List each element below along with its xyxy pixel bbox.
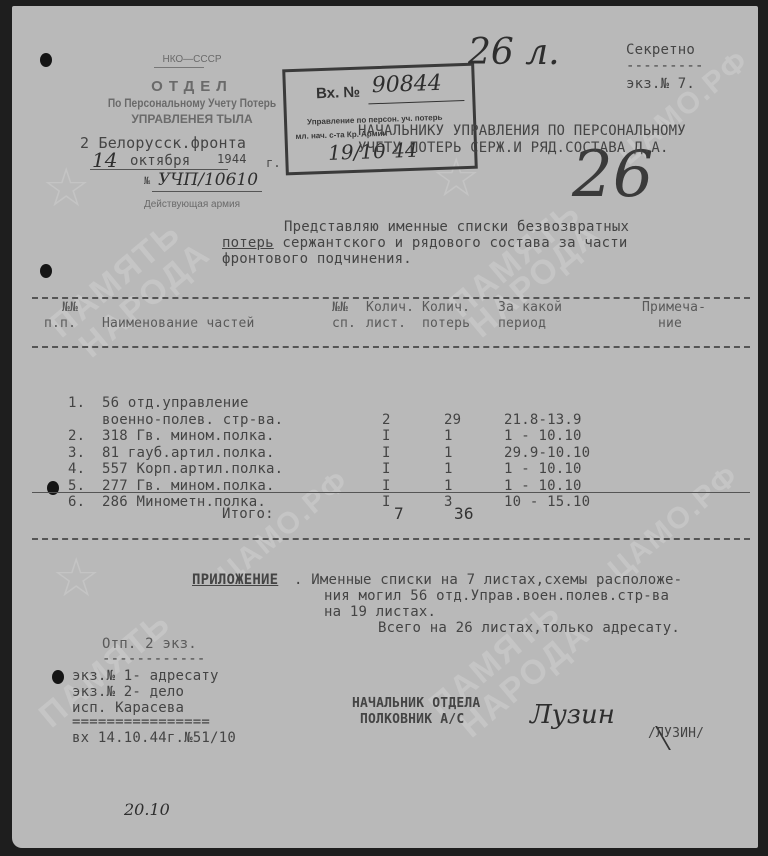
punch-hole	[40, 264, 52, 278]
date-month: октября	[130, 153, 190, 169]
row-name: 56 отд.управление	[102, 395, 382, 412]
punch-hole	[52, 670, 64, 684]
watermark-star-icon: ☆	[42, 156, 90, 219]
row-sheets: I	[382, 461, 444, 478]
row-losses: 29	[444, 412, 504, 429]
appendix-total: Всего на 26 листах,только адресату.	[378, 620, 680, 636]
punch-hole	[40, 53, 52, 67]
header-period-2: период	[498, 316, 546, 331]
header-note-2: ние	[658, 316, 682, 331]
row-num: 3.	[68, 445, 102, 462]
date-year: 1944	[217, 152, 247, 166]
row-num: 6.	[68, 494, 102, 511]
copy2: экз.№ 2- дело	[72, 684, 184, 700]
table-row: 4. 557 Корп.артил.полка. I 1 1 - 10.10	[68, 461, 590, 478]
row-losses: 1	[444, 428, 504, 445]
table-row: военно-полев. стр-ва. 2 29 21.8-13.9	[68, 412, 590, 429]
row-name-cont: военно-полев. стр-ва.	[102, 412, 382, 429]
incoming-number: 90844	[371, 71, 442, 98]
body-line2: потерь сержантского и рядового состава з…	[222, 235, 628, 251]
signer-title1: НАЧАЛЬНИК ОТДЕЛА	[352, 696, 480, 711]
row-sheets: I	[382, 428, 444, 445]
body-line3: фронтового подчинения.	[222, 251, 412, 267]
header-period: За какой	[498, 300, 562, 315]
body-line2-rest: сержантского и рядового состава за части	[274, 235, 628, 251]
table-row: 1. 56 отд.управление	[68, 395, 590, 412]
header-losses-2: потерь	[422, 316, 470, 331]
table-header-bottom-border	[32, 346, 750, 348]
secrecy-label: Секретно	[626, 42, 695, 58]
outgoing-number: УЧП/10610	[158, 170, 258, 190]
dept-title: ОТДЕЛ	[102, 78, 282, 95]
table-row: 3. 81 гауб.артил.полка. I 1 29.9-10.10	[68, 445, 590, 462]
body-line1: Представляю именные списки безвозвратных	[284, 219, 629, 235]
signer-name: /ЛУЗИН/	[648, 726, 704, 741]
header-num-2: п.п.	[44, 316, 76, 331]
header-num: №№	[62, 300, 78, 315]
total-sheets: 7	[394, 504, 404, 523]
row-num: 1.	[68, 395, 102, 412]
dept-line1: По Персональному Учету Потерь	[99, 96, 286, 110]
divider	[154, 67, 204, 68]
appendix-line1: . Именные списки на 7 листах,схемы распо…	[294, 572, 682, 588]
header-pp: №№	[332, 300, 348, 315]
number-prefix: №	[144, 176, 150, 187]
row-losses: 1	[444, 461, 504, 478]
header-sheets-2: лист.	[366, 316, 406, 331]
incoming-label: Вх. №	[316, 84, 361, 103]
handwritten-date: 20.10	[124, 800, 170, 819]
table-row: 2. 318 Гв. мином.полка. I 1 1 - 10.10	[68, 428, 590, 445]
date-suffix: г.	[266, 156, 281, 170]
copy-number: экз.№ 7.	[626, 76, 695, 92]
row-sheets: 2	[382, 412, 444, 429]
underlined-word: потерь	[222, 235, 274, 251]
row-period: 1 - 10.10	[504, 461, 590, 478]
distribution-title: Отп. 2 экз.	[102, 636, 197, 652]
header-losses: Колич.	[422, 300, 470, 315]
row-period: 29.9-10.10	[504, 445, 590, 462]
army-label: Действующая армия	[97, 199, 287, 210]
header-sheets: Колич.	[366, 300, 414, 315]
table-body: 1. 56 отд.управление военно-полев. стр-в…	[68, 362, 590, 544]
total-losses: 36	[454, 504, 474, 523]
underline	[152, 191, 262, 192]
row-name: 81 гауб.артил.полка.	[102, 445, 382, 462]
row-losses: 1	[444, 445, 504, 462]
dept-line2: УПРАВЛЕНЕЯ ТЫЛА	[102, 112, 282, 126]
handwritten-sheets-top: 26 л.	[468, 32, 560, 73]
total-label: Итого:	[222, 506, 274, 522]
copy1: экз.№ 1- адресату	[72, 668, 219, 684]
row-losses: 3	[444, 494, 504, 511]
header-name: Наименование частей	[102, 316, 255, 331]
row-sheets: I	[382, 445, 444, 462]
watermark-star-icon: ☆	[52, 546, 100, 609]
addressee-line1: НАЧАЛЬНИКУ УПРАВЛЕНИЯ ПО ПЕРСОНАЛЬНОМУ	[358, 123, 686, 139]
signer-title2: ПОЛКОВНИК А/С	[360, 712, 464, 727]
header-note: Примеча-	[642, 300, 706, 315]
org-top: НКО—СССР	[112, 54, 272, 65]
table-bottom-border	[32, 538, 750, 540]
row-period: 1 - 10.10	[504, 428, 590, 445]
underline	[90, 169, 130, 170]
watermark-camo: ЦАМО.РФ	[602, 458, 746, 587]
table-totals-border	[32, 492, 750, 493]
row-name: 318 Гв. мином.полка.	[102, 428, 382, 445]
distribution-divider: ------------	[102, 651, 206, 667]
appendix-line2: ния могил 56 отд.Управ.воен.полев.стр-ва	[324, 588, 669, 604]
addressee-line2: УЧЕТУ ПОТЕРЬ СЕРЖ.И РЯД.СОСТАВА Д.А.	[358, 140, 669, 156]
underline	[368, 100, 464, 104]
distribution-divider2: ================	[72, 714, 210, 730]
appendix-label: ПРИЛОЖЕНИЕ	[192, 572, 278, 588]
table-row: 6. 286 Минометн.полка. I 3 10 - 15.10	[68, 494, 590, 511]
incoming-stamp: Вх. № 90844 Управление по персон. уч. по…	[282, 63, 478, 176]
row-num: 2.	[68, 428, 102, 445]
signature: Лузин	[530, 700, 615, 730]
row-period: 10 - 15.10	[504, 494, 590, 511]
row-name: 557 Корп.артил.полка.	[102, 461, 382, 478]
table-top-border	[32, 297, 750, 299]
secrecy-divider: ---------	[626, 58, 704, 74]
row-num: 4.	[68, 461, 102, 478]
archival-document-page: ☆ ☆ ☆ ПАМЯТЬ НАРОДА ПАМЯТЬ НАРОДА ПАМЯТЬ…	[12, 6, 758, 848]
header-pp-2: сп.	[332, 316, 356, 331]
appendix-line3: на 19 листах.	[324, 604, 436, 620]
outgoing-reg: вх 14.10.44г.№51/10	[72, 730, 236, 746]
row-sheets: I	[382, 494, 444, 511]
row-period: 21.8-13.9	[504, 412, 590, 429]
